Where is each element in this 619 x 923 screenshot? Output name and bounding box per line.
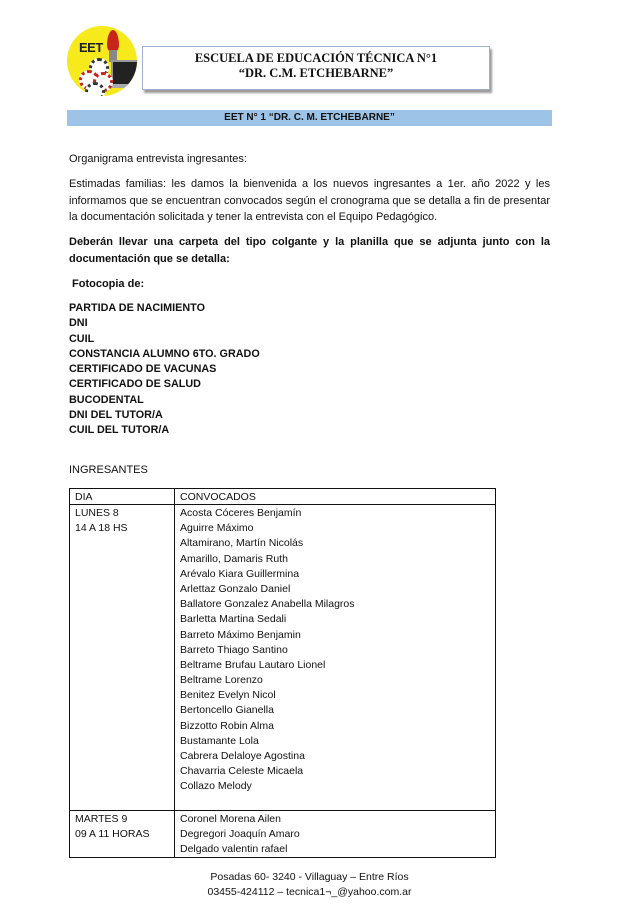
student-name: Barreto Máximo Benjamin (180, 628, 490, 643)
student-name: Coronel Morena Ailen (180, 812, 490, 827)
intro-title: Organigrama entrevista ingresantes: (69, 151, 550, 168)
gear-icon (85, 82, 105, 96)
student-name: Amarillo, Damaris Ruth (180, 552, 490, 567)
footer-address: Posadas 60- 3240 - Villaguay – Entre Río… (0, 870, 619, 885)
schedule-table: DIA CONVOCADOS LUNES 8 14 A 18 HS Acosta… (69, 488, 496, 858)
student-name: Barletta Martina Sedali (180, 612, 490, 627)
students-cell: Acosta Cóceres Benjamín Aguirre Máximo A… (175, 505, 496, 811)
school-logo: EET (67, 26, 137, 96)
student-name: Barreto Thiago Santino (180, 643, 490, 658)
document-item: DNI (69, 316, 260, 331)
student-name: Beltrame Brufau Lautaro Lionel (180, 658, 490, 673)
day-cell: LUNES 8 14 A 18 HS (70, 505, 175, 811)
student-name: Delgado valentin rafael (180, 842, 490, 857)
computer-monitor-icon (111, 60, 137, 86)
school-subtitle: “DR. C.M. ETCHEBARNE” (143, 66, 489, 81)
document-item: CUIL (69, 332, 260, 347)
student-name: Benitez Evelyn Nicol (180, 688, 490, 703)
photocopy-label: Fotocopia de: (72, 276, 553, 293)
students-cell: Coronel Morena Ailen Degregori Joaquín A… (175, 810, 496, 858)
document-item: CERTIFICADO DE VACUNAS (69, 362, 260, 377)
student-name: Arlettaz Gonzalo Daniel (180, 582, 490, 597)
document-item: PARTIDA DE NACIMIENTO (69, 301, 260, 316)
student-name: Aguirre Máximo (180, 521, 490, 536)
column-header-day: DIA (70, 489, 175, 505)
student-name: Acosta Cóceres Benjamín (180, 506, 490, 521)
instruction-paragraph: Deberán llevar una carpeta del tipo colg… (69, 234, 550, 267)
student-name: Bertoncello Gianella (180, 703, 490, 718)
section-label: INGRESANTES (69, 462, 550, 479)
student-name: Ballatore Gonzalez Anabella Milagros (180, 597, 490, 612)
school-title-box: ESCUELA DE EDUCACIÓN TÉCNICA N°1 “DR. C.… (142, 46, 490, 90)
header-band: EET N° 1 “DR. C. M. ETCHEBARNE” (67, 110, 552, 126)
page-footer: Posadas 60- 3240 - Villaguay – Entre Río… (0, 870, 619, 900)
document-item: CONSTANCIA ALUMNO 6TO. GRADO (69, 347, 260, 362)
student-name: Collazo Melody (180, 779, 490, 794)
document-item: DNI DEL TUTOR/A (69, 408, 260, 423)
student-name: Chavarria Celeste Micaela (180, 764, 490, 779)
document-item: CERTIFICADO DE SALUD (69, 377, 260, 392)
school-name: ESCUELA DE EDUCACIÓN TÉCNICA N°1 (143, 51, 489, 66)
document-item: BUCODENTAL (69, 393, 260, 408)
time-label: 09 A 11 HORAS (75, 827, 169, 842)
student-name: Arévalo Kiara Guillermina (180, 567, 490, 582)
footer-contact: 03455-424112 – tecnica1¬_@yahoo.com.ar (0, 885, 619, 900)
day-cell: MARTES 9 09 A 11 HORAS (70, 810, 175, 858)
document-item: CUIL DEL TUTOR/A (69, 423, 260, 438)
student-name: Altamirano, Martín Nicolás (180, 536, 490, 551)
logo-text: EET (79, 40, 103, 55)
welcome-paragraph: Estimadas familias: les damos la bienven… (69, 176, 550, 226)
student-name: Bizzotto Robin Alma (180, 719, 490, 734)
table-header-row: DIA CONVOCADOS (70, 489, 496, 505)
day-label: LUNES 8 (75, 506, 169, 521)
day-label: MARTES 9 (75, 812, 169, 827)
student-name: Cabrera Delaloye Agostina (180, 749, 490, 764)
flame-icon (107, 30, 119, 52)
column-header-convocados: CONVOCADOS (175, 489, 496, 505)
empty-line (180, 795, 490, 810)
student-name: Bustamante Lola (180, 734, 490, 749)
table-row: LUNES 8 14 A 18 HS Acosta Cóceres Benjam… (70, 505, 496, 811)
time-label: 14 A 18 HS (75, 521, 169, 536)
student-name: Degregori Joaquín Amaro (180, 827, 490, 842)
table-row: MARTES 9 09 A 11 HORAS Coronel Morena Ai… (70, 810, 496, 858)
documents-list: PARTIDA DE NACIMIENTO DNI CUIL CONSTANCI… (69, 301, 260, 439)
student-name: Beltrame Lorenzo (180, 673, 490, 688)
